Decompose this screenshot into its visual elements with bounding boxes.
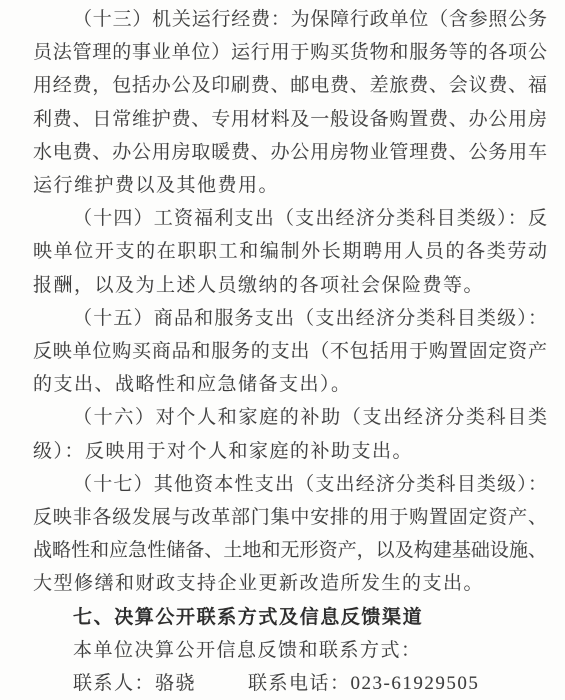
text-line: 的支出、战略性和应急储备支出）。 <box>33 368 547 401</box>
document-page: （十三）机关运行经费：为保障行政单位（含参照公务 员法管理的事业单位）运行用于购… <box>0 0 565 700</box>
contact-person-label: 联系人： <box>73 673 155 694</box>
contact-phone-label: 联系电话： <box>248 673 351 694</box>
text-line: 员法管理的事业单位）运行用于购买货物和服务等的各项公 <box>33 36 547 69</box>
contact-person-name: 骆骁 <box>155 673 196 694</box>
text-line: （十七）其他资本性支出（支出经济分类科目类级）： <box>33 468 547 501</box>
text-line: 大型修缮和财政支持企业更新改造所发生的支出。 <box>33 567 547 600</box>
text-line: 本单位决算公开信息反馈和联系方式： <box>33 634 547 667</box>
text-line: （十三）机关运行经费：为保障行政单位（含参照公务 <box>33 3 547 36</box>
text-line: 水电费、办公用房取暖费、办公用房物业管理费、公务用车 <box>33 136 547 169</box>
text-line: 反映非各级发展与改革部门集中安排的用于购置固定资产、 <box>33 501 547 534</box>
text-line: 战略性和应急性储备、土地和无形资产，以及构建基础设施、 <box>33 534 547 567</box>
text-line: （十四）工资福利支出（支出经济分类科目类级）：反 <box>33 202 547 235</box>
text-line: （十五）商品和服务支出（支出经济分类科目类级）： <box>33 302 547 335</box>
text-line: 用经费，包括办公及印刷费、邮电费、差旅费、会议费、福 <box>33 69 547 102</box>
text-line: 报酬，以及为上述人员缴纳的各项社会保险费等。 <box>33 269 547 302</box>
text-line: 级）：反映用于对个人和家庭的补助支出。 <box>33 435 547 468</box>
text-line: （十六）对个人和家庭的补助（支出经济分类科目类 <box>33 401 547 434</box>
contact-phone: 联系电话：023-61929505 <box>248 673 479 694</box>
contact-person: 联系人：骆骁 <box>73 673 196 694</box>
text-line: 映单位开支的在职职工和编制外长期聘用人员的各类劳动 <box>33 235 547 268</box>
section-heading: 七、决算公开联系方式及信息反馈渠道 <box>33 601 547 634</box>
text-line: 利费、日常维护费、专用材料及一般设备购置费、办公用房 <box>33 103 547 136</box>
text-line: 反映单位购买商品和服务的支出（不包括用于购置固定资产 <box>33 335 547 368</box>
contact-line: 联系人：骆骁联系电话：023-61929505 <box>33 667 547 700</box>
contact-phone-number: 023-61929505 <box>351 673 480 694</box>
text-line: 运行维护费以及其他费用。 <box>33 169 547 202</box>
